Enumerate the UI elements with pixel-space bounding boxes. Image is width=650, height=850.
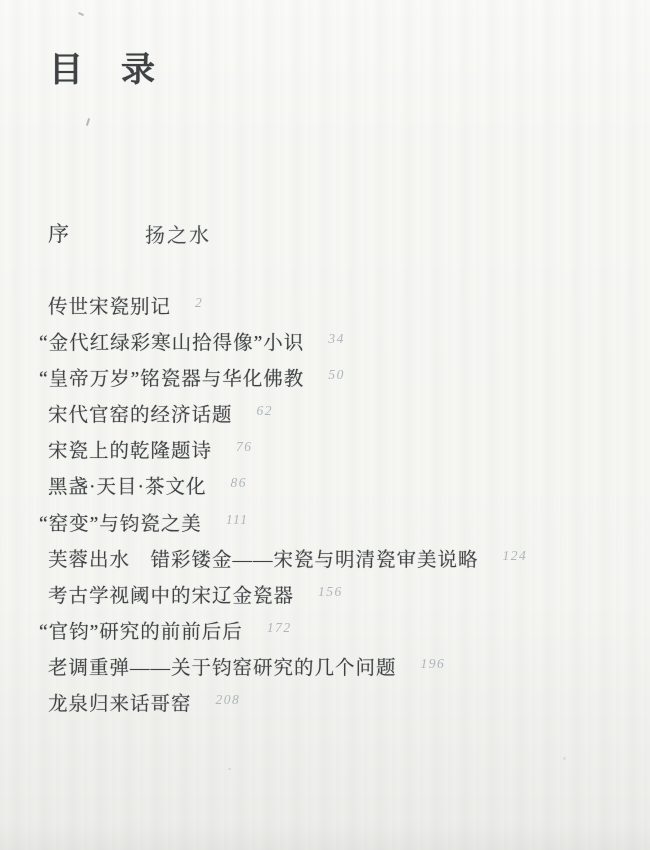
toc-entry-page-number: 208 <box>216 692 241 708</box>
toc-entry-title: 黑盏·天目·茶文化 <box>48 471 207 499</box>
toc-entry: “金代红绿彩寒山拾得像”小识 34 <box>39 327 638 363</box>
toc-entry-page-number: 124 <box>503 548 528 564</box>
scan-artifact <box>78 12 84 16</box>
toc-entry: “窑变”与钧瓷之美 111 <box>39 508 638 544</box>
toc-entry: 龙泉归来话哥窑 208 <box>48 688 638 724</box>
preface-row: 序 扬之水 <box>48 218 448 248</box>
toc-entry-title: 考古学视阈中的宋辽金瓷器 <box>48 580 294 608</box>
toc-entry: 传世宋瓷别记 2 <box>48 291 638 327</box>
toc-entry-page-number: 50 <box>328 367 345 383</box>
toc-entry-page-number: 196 <box>421 656 446 672</box>
scan-artifact <box>563 757 566 760</box>
toc-entry-title: “皇帝万岁”铭瓷器与华化佛教 <box>39 363 304 391</box>
toc-entry-page-number: 172 <box>267 620 292 636</box>
toc-entry-title: 芙蓉出水 错彩镂金——宋瓷与明清瓷审美说略 <box>48 544 479 572</box>
toc-entry-title: 龙泉归来话哥窑 <box>48 688 192 716</box>
scan-artifact <box>228 768 231 770</box>
toc-list: 传世宋瓷别记 2 “金代红绿彩寒山拾得像”小识 34 “皇帝万岁”铭瓷器与华化佛… <box>48 291 638 724</box>
toc-entry-page-number: 62 <box>257 403 274 419</box>
scan-artifact <box>86 118 90 126</box>
toc-entry: 芙蓉出水 错彩镂金——宋瓷与明清瓷审美说略 124 <box>48 544 638 580</box>
toc-entry-title: “窑变”与钧瓷之美 <box>39 508 202 536</box>
toc-entry-title: 传世宋瓷别记 <box>48 291 171 319</box>
toc-entry: “皇帝万岁”铭瓷器与华化佛教 50 <box>39 363 638 399</box>
toc-entry-page-number: 34 <box>328 331 345 347</box>
toc-entry: 宋代官窑的经济话题 62 <box>48 399 638 435</box>
toc-entry: 老调重弹——关于钧窑研究的几个问题 196 <box>48 652 638 688</box>
page-title: 目 录 <box>49 42 157 91</box>
toc-entry: 黑盏·天目·茶文化 86 <box>48 471 638 507</box>
toc-entry-page-number: 111 <box>226 512 249 528</box>
toc-entry: 考古学视阈中的宋辽金瓷器 156 <box>48 580 638 616</box>
toc-entry-page-number: 156 <box>318 584 343 600</box>
toc-entry: “官钧”研究的前前后后 172 <box>39 616 638 652</box>
preface-author: 扬之水 <box>145 219 211 248</box>
toc-entry-page-number: 2 <box>195 295 203 311</box>
toc-entry-title: 宋代官窑的经济话题 <box>48 399 233 427</box>
toc-entry-title: “金代红绿彩寒山拾得像”小识 <box>39 327 304 355</box>
toc-entry-title: 老调重弹——关于钧窑研究的几个问题 <box>48 652 397 680</box>
toc-entry: 宋瓷上的乾隆题诗 76 <box>48 435 638 471</box>
toc-entry-page-number: 86 <box>231 475 248 491</box>
toc-entry-title: 宋瓷上的乾隆题诗 <box>48 435 212 463</box>
toc-entry-title: “官钧”研究的前前后后 <box>39 616 243 644</box>
preface-label: 序 <box>48 222 69 246</box>
toc-entry-page-number: 76 <box>236 439 253 455</box>
